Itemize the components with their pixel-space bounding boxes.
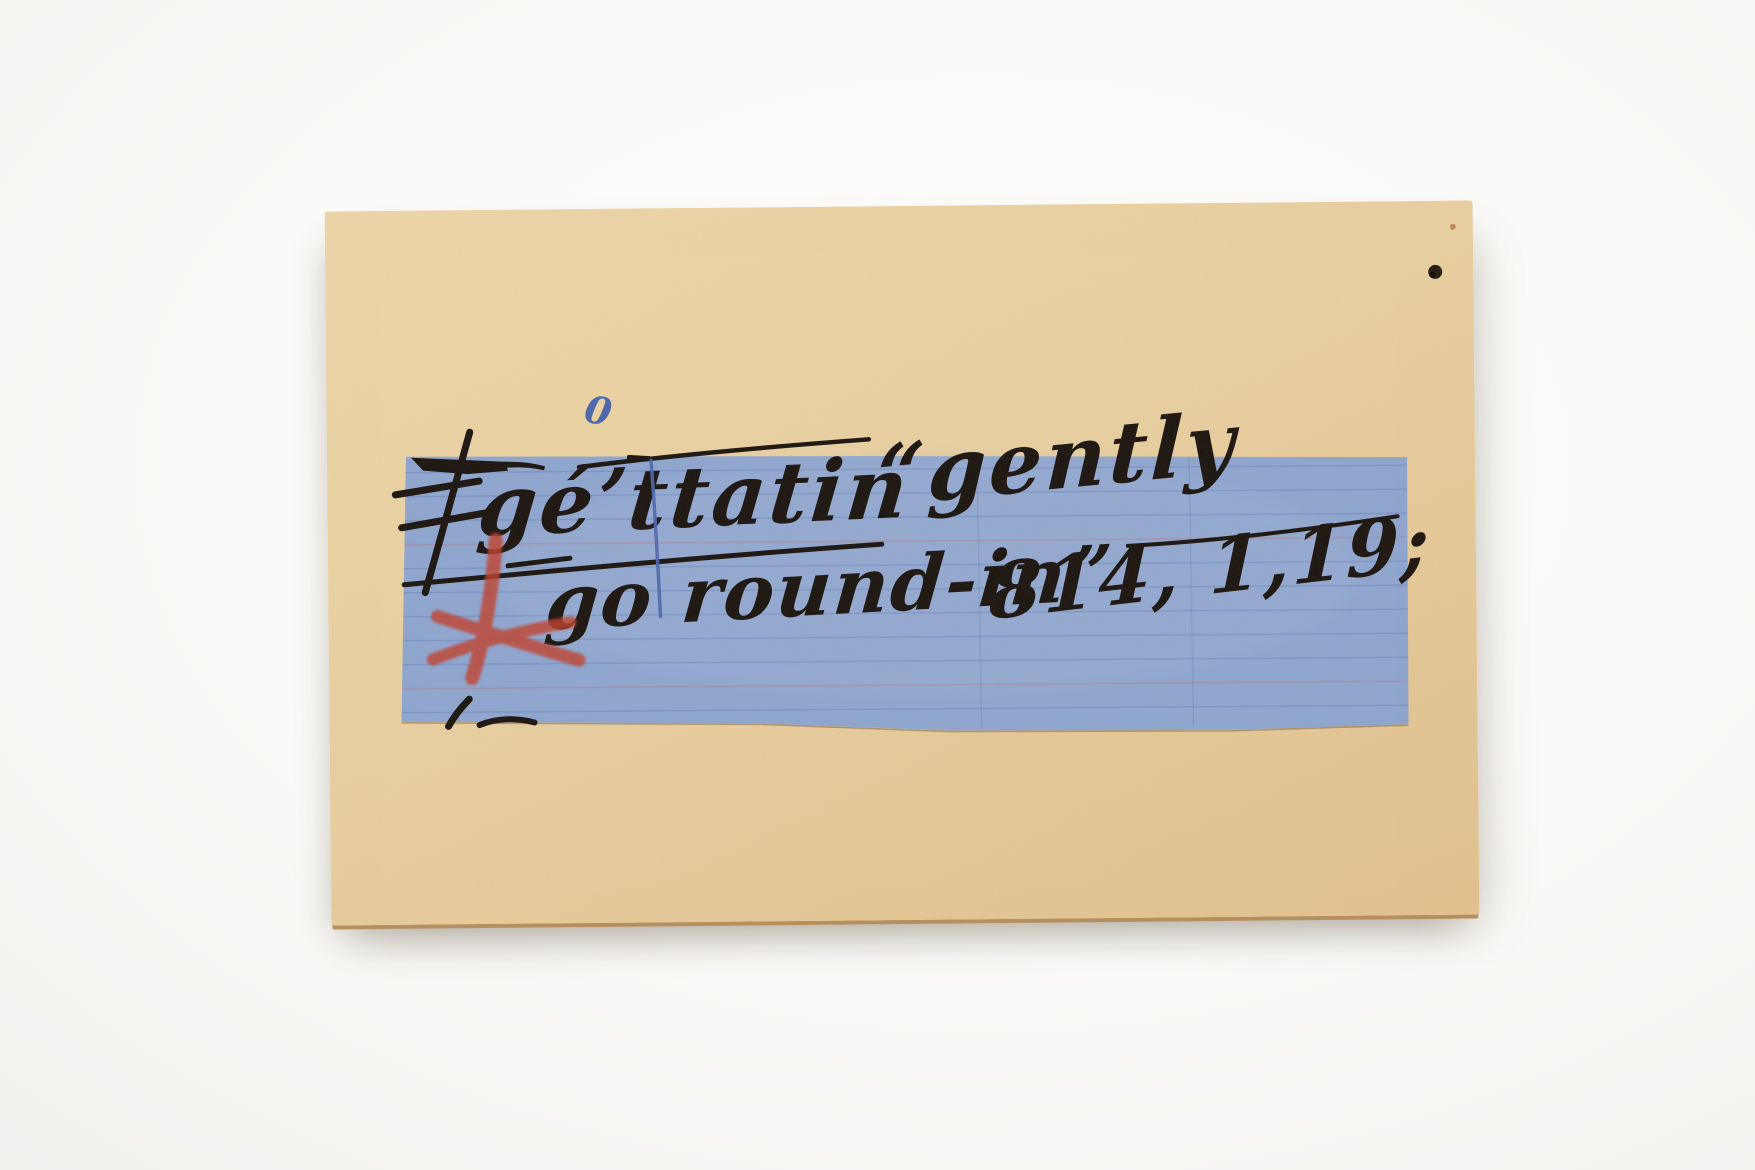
- index-card: géʼttatin “gently go round-in” 814, 1,19…: [325, 201, 1480, 926]
- paper-grain-texture: [325, 201, 1480, 926]
- headword-full-text: ǂgéʼttatin: [0, 0, 1, 1]
- card-artwork: géʼttatin “gently go round-in” 814, 1,19…: [325, 201, 1480, 926]
- transcription: ǂgéʼttatin ǂgéʼttatin “gently go round-i…: [0, 0, 1, 1]
- photo-backdrop: ǂgéʼttatin ǂgéʼttatin “gently go round-i…: [0, 0, 1755, 1170]
